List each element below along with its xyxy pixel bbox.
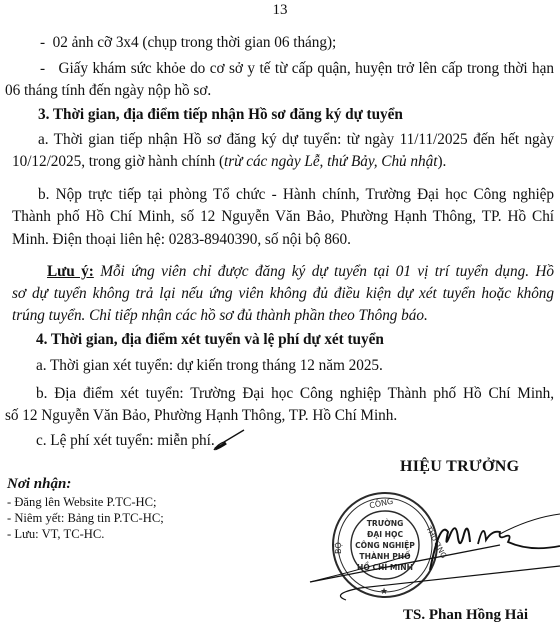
svg-text:CÔNG: CÔNG — [368, 495, 394, 511]
page-number: 13 — [0, 2, 560, 19]
recipient-item: - Lưu: VT, TC-HC. — [7, 526, 104, 543]
italic-text: trừ các ngày Lễ, thứ Bảy, Chủ nhật — [224, 153, 437, 170]
note-text: Mỗi ứng viên chỉ được đăng ký dự tuyển t… — [100, 263, 554, 280]
svg-text:BỘ: BỘ — [332, 542, 343, 554]
list-item: - Giấy khám sức khỏe do cơ sở y tế từ cấ… — [40, 60, 554, 78]
recipient-item: - Đăng lên Website P.TC-HC; — [7, 494, 157, 511]
svg-text:THÀNH PHỐ: THÀNH PHỐ — [359, 551, 411, 561]
section-3-heading: 3. Thời gian, địa điểm tiếp nhận Hồ sơ đ… — [38, 106, 403, 124]
svg-text:★: ★ — [380, 586, 388, 596]
svg-text:CÔNG NGHIỆP: CÔNG NGHIỆP — [355, 541, 415, 550]
section-4-heading: 4. Thời gian, địa điểm xét tuyển và lệ p… — [36, 331, 384, 349]
initial-check-mark-icon — [212, 428, 246, 454]
signer-name: TS. Phan Hồng Hải — [403, 607, 528, 624]
list-item-text: Giấy khám sức khỏe do cơ sở y tế từ cấp … — [58, 60, 554, 77]
section-3-a-line1: a. Thời gian tiếp nhận Hồ sơ đăng ký dự … — [38, 131, 554, 149]
note-label: Lưu ý: — [47, 263, 94, 280]
note-line1: Lưu ý: Mỗi ứng viên chỉ được đăng ký dự … — [47, 263, 554, 281]
recipients-title: Nơi nhận: — [7, 476, 71, 493]
section-4-c: c. Lệ phí xét tuyển: miễn phí. — [36, 432, 215, 450]
recipient-item: - Niêm yết: Bảng tin P.TC-HC; — [7, 510, 164, 527]
signature-title: HIỆU TRƯỞNG — [400, 458, 519, 476]
note-line3: trúng tuyển. Chỉ tiếp nhận các hồ sơ đủ … — [12, 307, 428, 325]
section-4-a: a. Thời gian xét tuyển: dự kiến trong th… — [36, 357, 383, 375]
section-4-b-line2: số 12 Nguyễn Văn Bảo, Phường Hạnh Thông,… — [5, 407, 397, 425]
section-3-b-line3: Minh. Điện thoại liên hệ: 0283-8940390, … — [12, 231, 351, 249]
text: ). — [437, 153, 446, 170]
list-item-continuation: 06 tháng tính đến ngày nộp hồ sơ. — [5, 82, 211, 100]
text: 10/12/2025, trong giờ hành chính ( — [12, 153, 224, 170]
note-line2: sơ dự tuyển không trả lại nếu ứng viên k… — [12, 285, 554, 303]
svg-text:ĐẠI HỌC: ĐẠI HỌC — [367, 530, 404, 539]
section-4-b-line1: b. Địa điểm xét tuyển: Trường Đại học Cô… — [36, 385, 554, 403]
list-item: - 02 ảnh cỡ 3x4 (chụp trong thời gian 06… — [40, 34, 336, 52]
section-3-a-line2: 10/12/2025, trong giờ hành chính (trừ cá… — [12, 153, 446, 171]
official-stamp-icon: CÔNG THƯƠNG BỘ TRƯỜNG ĐẠI HỌC CÔNG NGHIỆ… — [300, 490, 560, 610]
section-3-b-line1: b. Nộp trực tiếp tại phòng Tổ chức - Hàn… — [38, 186, 554, 204]
svg-text:TRƯỜNG: TRƯỜNG — [367, 519, 404, 528]
list-item-text: 02 ảnh cỡ 3x4 (chụp trong thời gian 06 t… — [53, 34, 337, 51]
section-3-b-line2: Thành phố Hồ Chí Minh, số 12 Nguyễn Văn … — [12, 208, 554, 226]
